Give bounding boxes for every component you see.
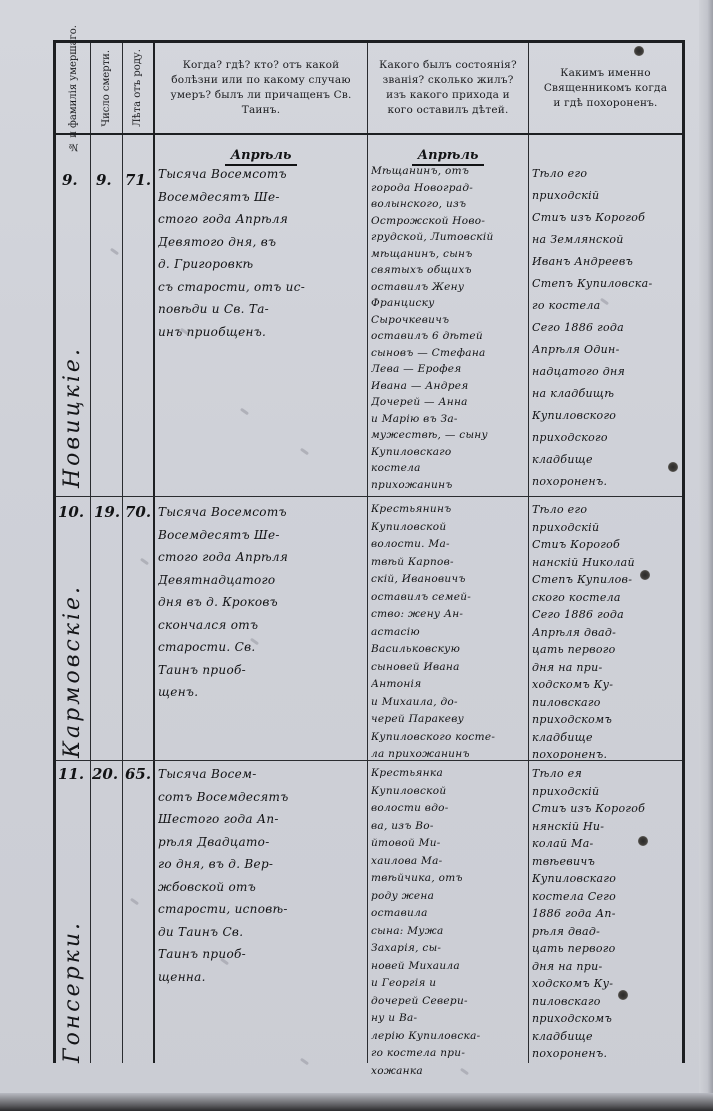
document-page: № и фамилія умершаго. Число смерти. Лѣта…: [0, 0, 713, 1111]
header-number-name: № и фамилія умершаго.: [56, 43, 90, 133]
page-edge: [699, 0, 713, 1111]
status-family-details: Мѣщанинъ, отъ города Новоград- волынског…: [371, 163, 527, 495]
death-register-table: № и фамилія умершаго. Число смерти. Лѣта…: [53, 40, 685, 1063]
age-years: 71.: [125, 171, 151, 189]
deceased-surname: Новицкіе.: [60, 208, 85, 488]
burial-details: Тѣло его приходскій Стиъ изъ Корогоб на …: [532, 163, 680, 495]
death-day: 19.: [94, 503, 120, 521]
header-label: Число смерти.: [101, 50, 112, 127]
death-day: 20.: [92, 765, 118, 783]
header-label: Лѣта отъ роду.: [132, 49, 143, 127]
header-divider: [56, 133, 682, 135]
header-when-where-cause: Когда? гдѣ? кто? отъ какой болѣзни или п…: [155, 43, 367, 133]
column-divider: [90, 43, 91, 1063]
entry-number: 9.: [62, 171, 78, 189]
burial-details: Тѣло ея приходскій Стиъ изъ Корогоб нянс…: [532, 765, 680, 1065]
header-burial: Какимъ именно Священникомъ когда и гдѣ п…: [529, 43, 682, 133]
page-bottom-shadow: [0, 1093, 713, 1111]
burial-details: Тѣло его приходскій Стиъ Корогоб нанскій…: [532, 501, 680, 759]
death-details: Тысяча Восемсотъ Восемдесятъ Ше- стого г…: [158, 163, 366, 363]
deceased-surname: Гонсерки.: [60, 823, 85, 1063]
column-divider: [153, 43, 155, 1063]
column-divider: [122, 43, 123, 1063]
status-family-details: Крестьянинъ Купиловской волости. Ма- твѣ…: [371, 501, 527, 759]
entry-number: 10.: [58, 503, 84, 521]
column-divider: [367, 43, 368, 1063]
death-details: Тысяча Восем- сотъ Восемдесятъ Шестого г…: [158, 763, 366, 1003]
deceased-surname: Кармовскіе.: [60, 538, 85, 758]
header-status-family: Какого былъ состоянія? званія? сколько ж…: [368, 43, 528, 133]
death-day: 9.: [96, 171, 112, 189]
age-years: 70.: [125, 503, 151, 521]
header-label: Какимъ именно Священникомъ когда и гдѣ п…: [529, 66, 682, 111]
header-label: Какого былъ состоянія? званія? сколько ж…: [368, 58, 528, 118]
row-divider: [56, 496, 682, 497]
header-label: Когда? гдѣ? кто? отъ какой болѣзни или п…: [155, 58, 367, 118]
header-day: Число смерти.: [90, 43, 122, 133]
column-divider: [528, 43, 529, 1063]
header-label: № и фамилія умершаго.: [68, 25, 79, 152]
death-details: Тысяча Восемсотъ Восемдесятъ Ше- стого г…: [158, 501, 366, 721]
age-years: 65.: [125, 765, 151, 783]
status-family-details: Крестьянка Купиловской волости вдо- ва, …: [371, 765, 527, 1085]
header-age: Лѣта отъ роду.: [122, 43, 153, 133]
entry-number: 11.: [58, 765, 84, 783]
row-divider: [56, 760, 682, 761]
